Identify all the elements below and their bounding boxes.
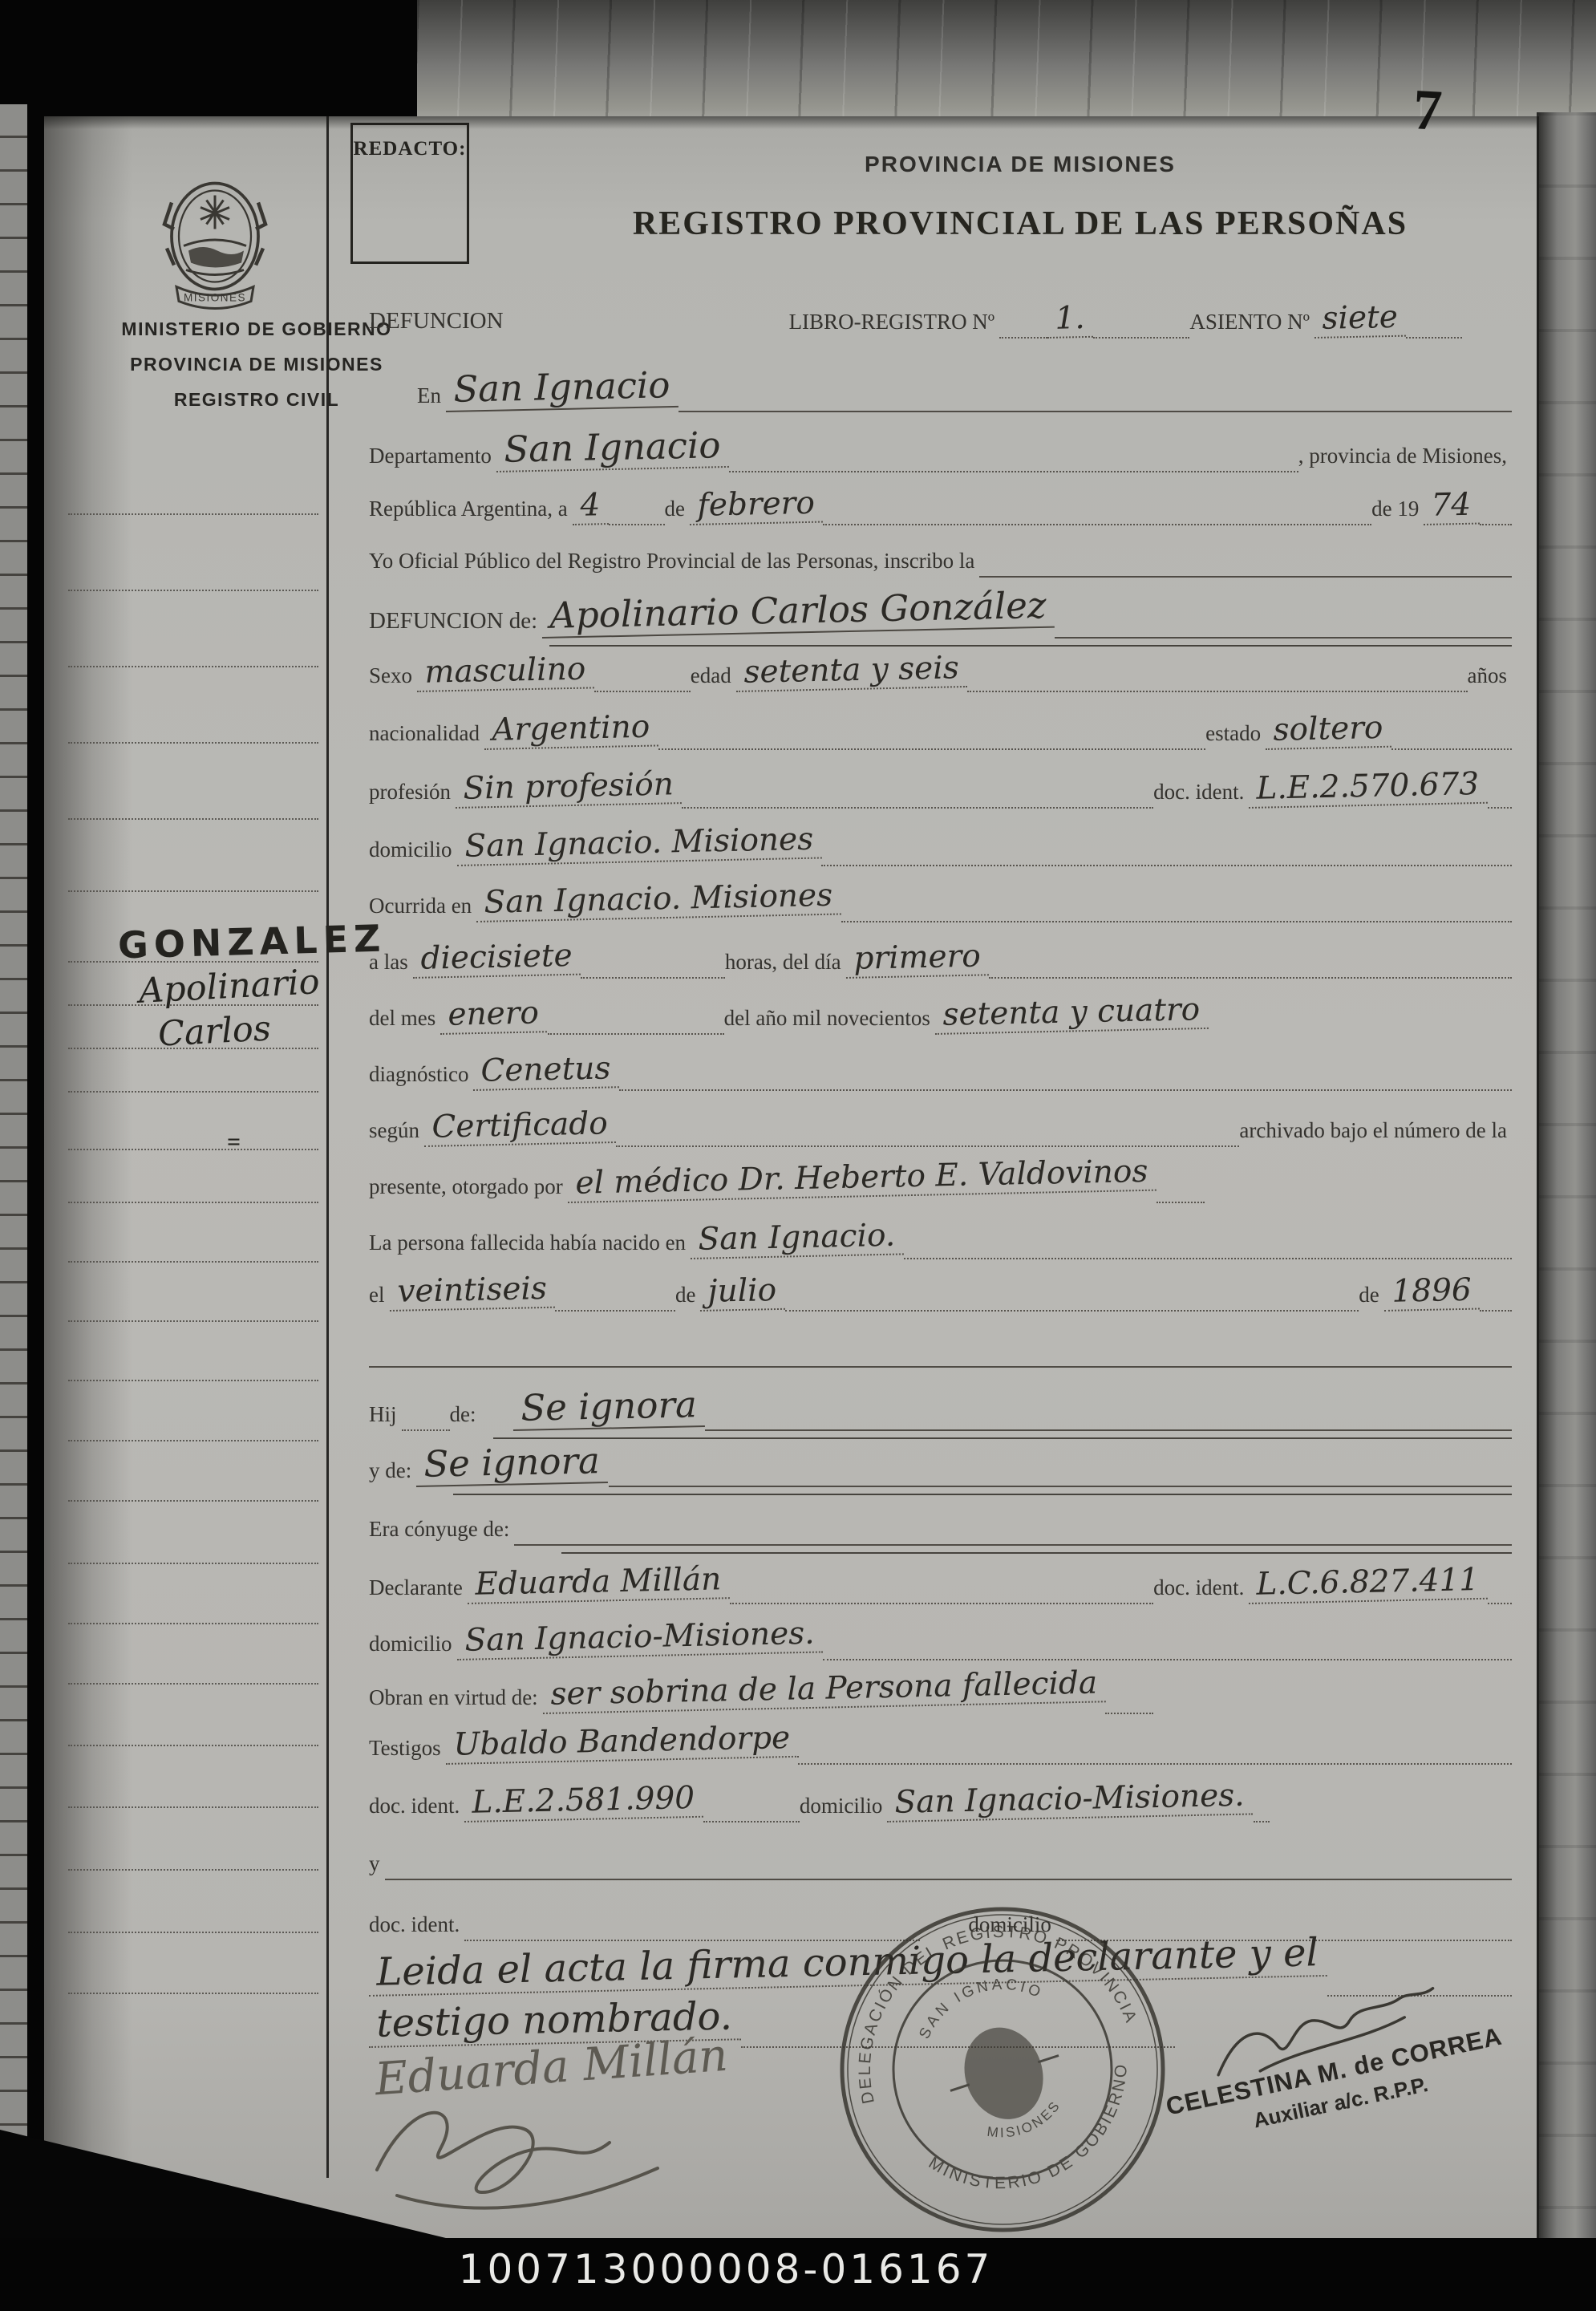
domicilio-label: domicilio [800,1794,888,1822]
anos-label: años [1468,663,1513,692]
testigo-domicilio-value: San Ignacio-Misiones. [886,1777,1253,1822]
page-edge-streaks [1537,112,1596,2238]
row-oficial: Yo Oficial Público del Registro Provinci… [369,537,1512,578]
row-profesion-doc: profesión Sin profesión doc. ident. L.E.… [369,768,1512,809]
row-departamento: Departamento San Ignacio , provincia de … [369,429,1512,472]
yde-label: y de: [369,1458,416,1487]
conyuge-label: Era cónyuge de: [369,1517,514,1546]
diagnostico-label: diagnóstico [369,1062,473,1091]
nacionalidad-value: Argentino [484,708,658,750]
doc-ident-label: doc. ident. [1153,1575,1249,1604]
libro-label: LIBRO-REGISTRO Nº [789,310,1000,339]
margin-ruled-line [68,818,318,820]
margin-ruled-line [68,1320,318,1322]
obran-label: Obran en virtud de: [369,1685,543,1714]
profesion-value: Sin profesión [455,766,682,809]
en-value: San Ignacio [445,363,679,412]
mes-value: enero [440,995,547,1035]
margin-divider-rule [326,116,329,2178]
margin-ruled-line [68,513,318,515]
margin-ruled-line [68,590,318,591]
row-fecha-acta: República Argentina, a 4 de febrero de 1… [369,485,1512,525]
segun-value: Certificado [423,1105,616,1147]
margin-ruled-line [68,1500,318,1502]
sexo-value: masculino [416,651,594,692]
redacto-box: REDACTO: [350,123,469,264]
profesion-label: profesión [369,780,456,809]
hij-de-label: de: [450,1402,481,1431]
svg-text:SAN IGNACIO: SAN IGNACIO [906,1960,1051,2045]
row-declarante: Declarante Eduarda Millán doc. ident. L.… [369,1564,1512,1604]
margin-ruled-line [68,1261,318,1263]
testigo-doc-value: L.E.2.581.990 [464,1780,703,1822]
stamp-inner-top-text: SAN IGNACIO [906,1960,1051,2045]
hij-label: Hij [369,1402,402,1431]
doc-ident-label: doc. ident. [1153,780,1249,809]
de-label: de [665,497,690,525]
registry-page: MISIONES MINISTERIO DE GOBIERNO PROVINCI… [44,116,1539,2238]
row-nacido: La persona fallecida había nacido en San… [369,1219,1512,1259]
margin-ruled-line [68,742,318,744]
nacionalidad-label: nacionalidad [369,721,484,750]
testigos-label: Testigos [369,1736,446,1765]
row-segun: según Certificado archivado bajo el núme… [369,1107,1512,1147]
row-domicilio: domicilio San Ignacio. Misiones [369,826,1512,866]
margin-ruled-line [68,1806,318,1808]
testigos-value: Ubaldo Bandendorpe [445,1720,799,1765]
segun-label: según [369,1118,424,1147]
domicilio-value: San Ignacio. Misiones [456,821,822,866]
row-hora-dia: a las diecisiete horas, del día primero [369,939,1512,979]
de-label: de [1359,1283,1383,1312]
doc-ident-value: L.E.2.570.673 [1248,766,1488,809]
ano-value: setenta y cuatro [934,991,1209,1035]
asiento-value: siete [1314,299,1406,339]
row-presente: presente, otorgado por el médico Dr. Heb… [369,1163,1512,1203]
row-testigo-doc: doc. ident. L.E.2.581.990 domicilio San … [369,1782,1512,1822]
double-rule [561,1552,1512,1554]
nacido-label: La persona fallecida había nacido en [369,1231,691,1259]
departamento-label: Departamento [369,444,496,472]
presente-label: presente, otorgado por [369,1174,568,1203]
doc-ident-label: doc. ident. [369,1794,464,1822]
domicilio-label: domicilio [369,1632,457,1660]
row-obran: Obran en virtud de: ser sobrina de la Pe… [369,1674,1512,1714]
microfilm-reference-number: 100713000008-016167 [0,2246,1452,2293]
alas-label: a las [369,950,413,979]
row-record-header: DEFUNCION LIBRO-REGISTRO Nº 1. ASIENTO N… [369,298,1512,339]
hora-value: diecisiete [412,938,581,979]
row-blank-rule [369,1328,1512,1368]
year-value: 74 [1423,487,1480,525]
deceased-name: Apolinario Carlos González [541,584,1055,639]
margin-ruled-line [68,1091,318,1093]
page-number: 7 [1412,76,1444,144]
margin-ruled-line [68,1380,318,1381]
margin-surname: GONZALEZ [117,917,387,967]
defuncion-de-label: DEFUNCION de: [369,608,542,639]
row-ocurrida: Ocurrida en San Ignacio. Misiones [369,882,1512,922]
delmes-label: del mes [369,1006,440,1035]
row-en: En San Ignacio [369,369,1512,412]
row-diagnostico: diagnóstico Cenetus [369,1051,1512,1091]
birth-month-value: julio [699,1272,785,1312]
row-sexo-edad: Sexo masculino edad setenta y seis años [369,652,1512,692]
archivado-label: archivado bajo el número de la [1239,1118,1512,1147]
scanned-death-record-photo: MISIONES MINISTERIO DE GOBIERNO PROVINCI… [0,0,1596,2311]
dia-value: primero [845,938,989,979]
father-value: Se ignora [512,1383,704,1431]
margin-ruled-line [68,1745,318,1746]
redacto-label: REDACTO: [354,138,467,160]
el-label: el [369,1283,390,1312]
birth-year-value: 1896 [1383,1272,1480,1312]
margin-ruled-line [68,1993,318,1994]
double-rule [549,645,1512,647]
republica-label: República Argentina, a [369,497,573,525]
declarante-value: Eduarda Millán [467,1561,730,1604]
misiones-coat-of-arms: MISIONES [155,176,275,318]
estado-value: soltero [1265,710,1391,750]
nacido-value: San Ignacio. [690,1217,904,1259]
declarante-label: Declarante [369,1575,468,1604]
provincia-suffix: , provincia de Misiones, [1298,444,1512,472]
declarante-domicilio-value: San Ignacio-Misiones. [456,1615,823,1660]
row-madre: y de: Se ignora [369,1444,1512,1487]
declarante-doc-value: L.C.6.827.411 [1248,1562,1488,1604]
sexo-label: Sexo [369,663,417,692]
delano-label: del año mil novecientos [724,1006,935,1035]
ocurrida-label: Ocurrida en [369,894,476,922]
oficial-line: Yo Oficial Público del Registro Provinci… [369,549,979,578]
edad-label: edad [691,663,736,692]
row-fecha-nacimiento: el veintiseis de julio de 1896 [369,1271,1512,1312]
crest-banner-text: MISIONES [184,292,246,304]
margin-ruled-line [68,1869,318,1871]
header-province: PROVINCIA DE MISIONES [780,152,1261,177]
book-pages-right-edge [1537,112,1596,2238]
row-testigos: Testigos Ubaldo Bandendorpe [369,1725,1512,1765]
presente-value: el médico Dr. Heberto E. Valdovinos [567,1153,1156,1203]
doc-ident-label: doc. ident. [369,1912,464,1941]
birth-day-value: veintiseis [389,1271,555,1312]
margin-ruled-line [68,666,318,667]
de-label: de [675,1283,700,1312]
edad-value: setenta y seis [735,650,967,692]
row-padre: Hij de: Se ignora [369,1388,1512,1431]
departamento-value: San Ignacio [496,424,729,472]
mother-value: Se ignora [415,1439,608,1487]
row-conyuge: Era cónyuge de: [369,1506,1512,1546]
asiento-label: ASIENTO Nº [1189,310,1314,339]
double-rule [453,1494,1512,1495]
row-nacionalidad-estado: nacionalidad Argentino estado soltero [369,710,1512,750]
margin-ruled-line [68,1683,318,1685]
margin-ruled-line [68,1440,318,1441]
en-label: En [417,383,446,412]
margin-ruled-line [68,1932,318,1933]
margin-dash: = [227,1129,241,1156]
margin-ruled-line [68,890,318,892]
margin-given-name-2: Carlos [157,1008,272,1054]
ocurrida-value: San Ignacio. Misiones [476,877,841,922]
margin-ruled-line [68,1563,318,1564]
row-declarante-domicilio: domicilio San Ignacio-Misiones. [369,1620,1512,1660]
double-rule [493,1437,1512,1439]
day-value: 4 [572,487,609,525]
month-value: febrero [689,485,823,525]
margin-ruled-line [68,1202,318,1203]
defuncion-label: DEFUNCION [369,308,508,339]
horas-dia-label: horas, del día [725,950,846,979]
officer-signature-flourish [365,2074,718,2226]
de19-label: de 19 [1371,497,1424,525]
margin-ruled-line [68,1149,318,1150]
libro-value: 1. [1047,300,1093,339]
row-segundo-testigo: y [369,1840,1512,1880]
estado-label: estado [1205,721,1266,750]
diagnostico-value: Cenetus [473,1050,620,1091]
obran-value: ser sobrina de la Persona fallecida [542,1664,1106,1714]
facing-page-edge [0,104,27,2166]
domicilio-label: domicilio [369,837,457,866]
header-registry-title: REGISTRO PROVINCIAL DE LAS PERSOÑAS [611,205,1429,243]
margin-ruled-line [68,1623,318,1624]
row-mes-ano: del mes enero del año mil novecientos se… [369,995,1512,1035]
y-label: y [369,1851,385,1880]
row-defuncion-de: DEFUNCION de: Apolinario Carlos González [369,595,1512,639]
